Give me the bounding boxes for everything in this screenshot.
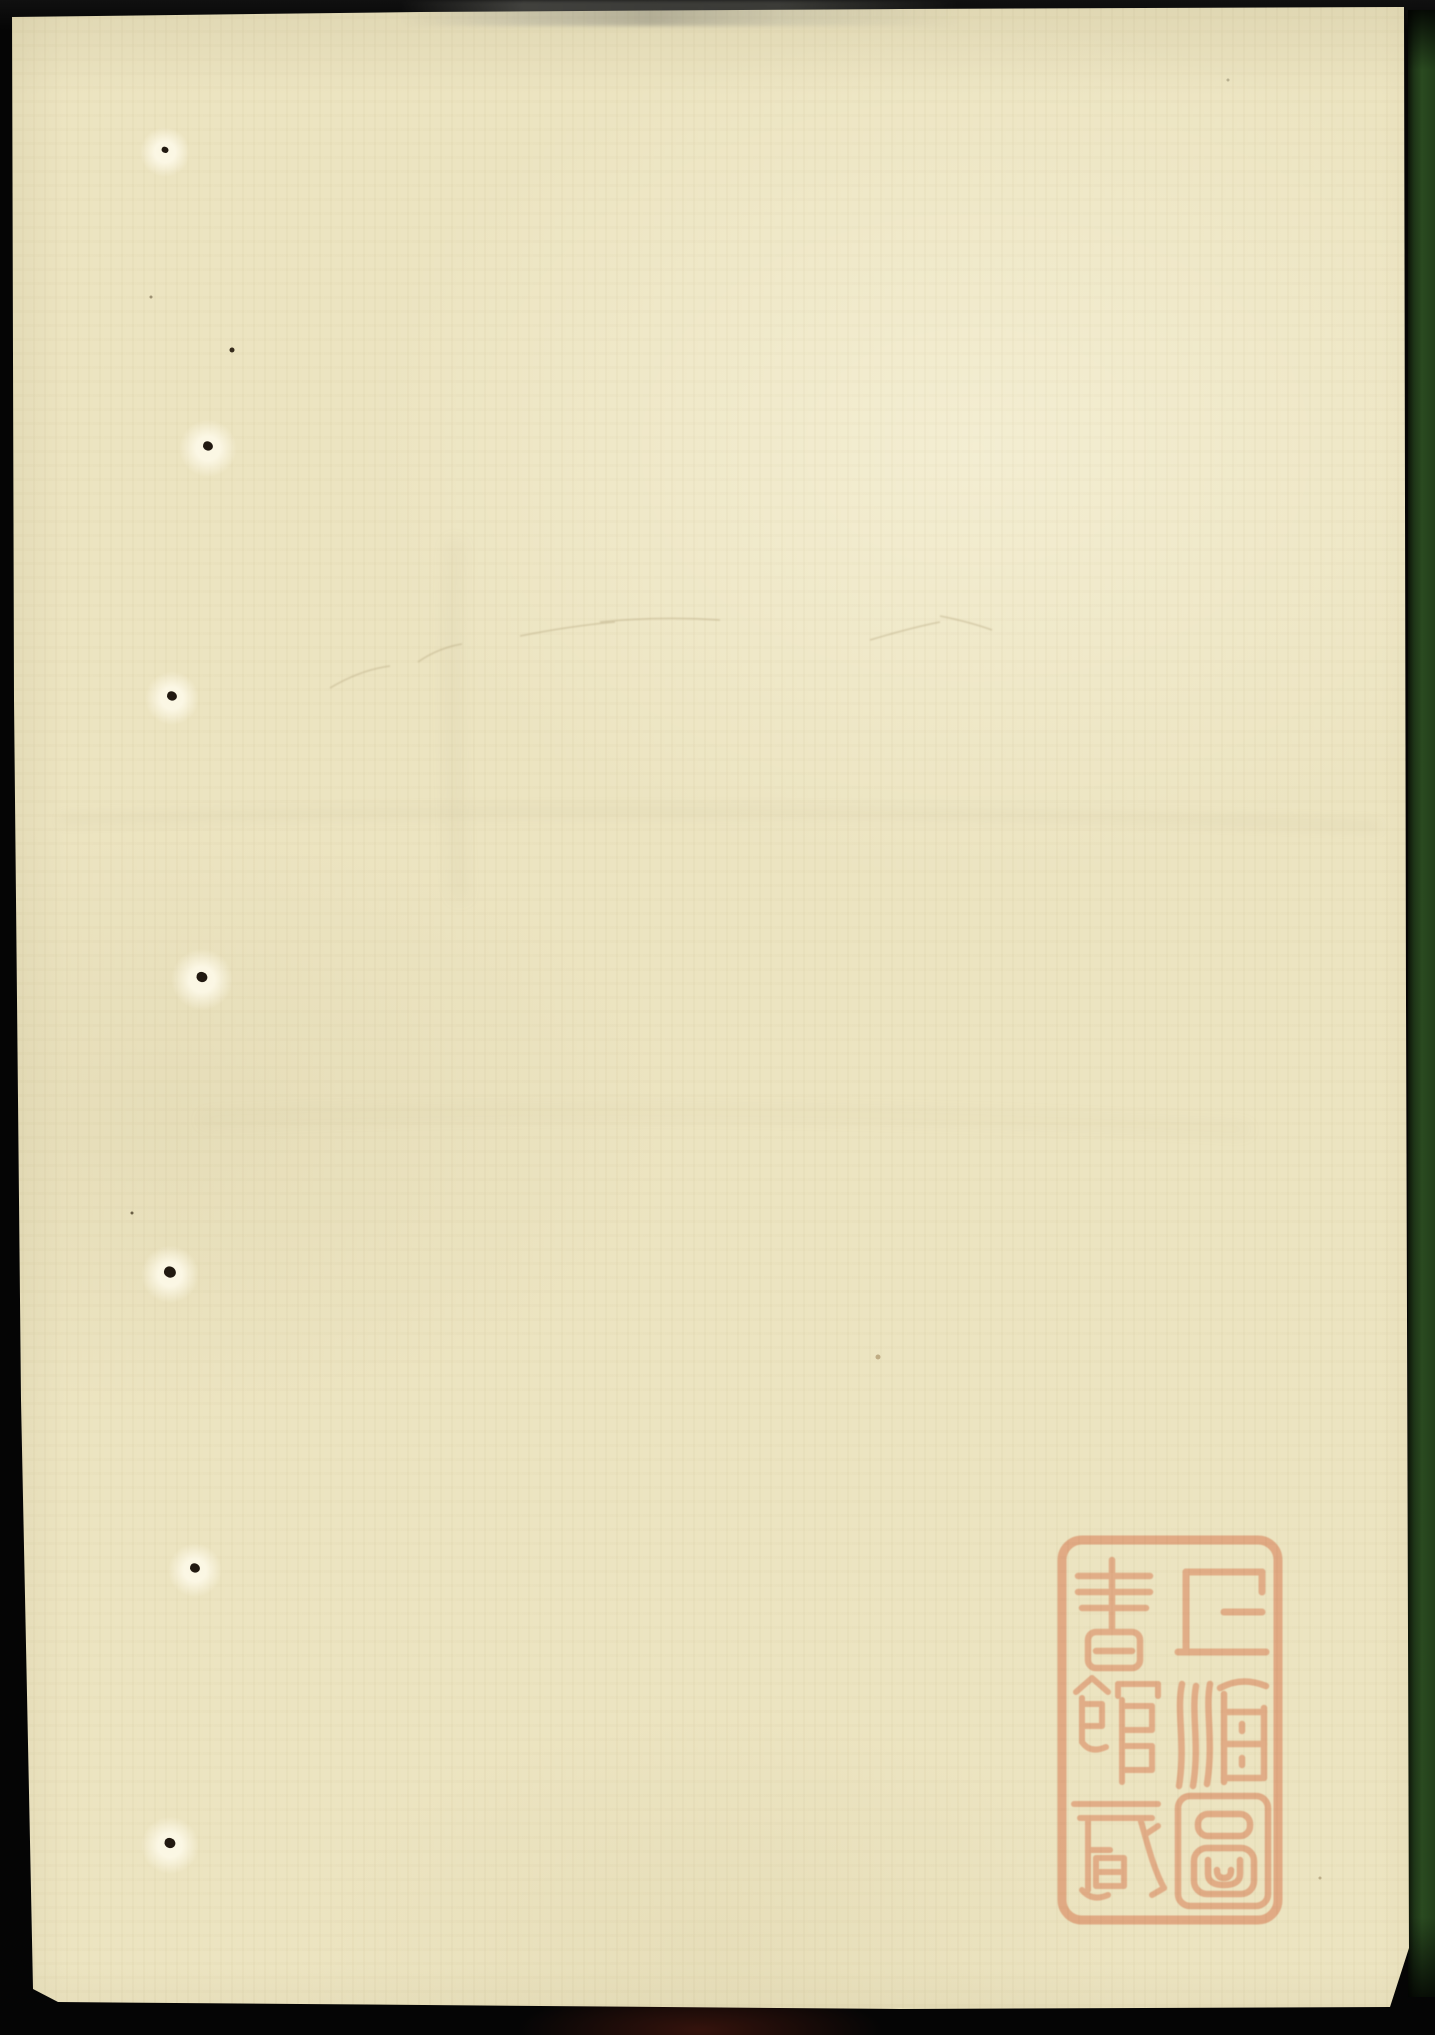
paper-speck	[1319, 1877, 1322, 1880]
library-seal-stamp	[1056, 1534, 1284, 1926]
paper-speck	[230, 348, 235, 353]
paper-speck	[1227, 79, 1230, 82]
paper-speck	[131, 1212, 134, 1215]
seal-char-hai	[1179, 1681, 1266, 1786]
seal-char-cang	[1074, 1804, 1164, 1898]
seal-char-shu	[1078, 1560, 1150, 1668]
seal-char-guan	[1076, 1678, 1158, 1782]
seal-char-tu	[1178, 1796, 1268, 1906]
scan-root	[0, 0, 1435, 2035]
paper-page	[0, 0, 1435, 2035]
scan-edge-smudge	[400, 0, 960, 26]
paper-speck	[150, 296, 153, 299]
seal-char-shang	[1178, 1572, 1266, 1652]
book-spine-edge	[1408, 10, 1435, 1997]
paper-speck	[876, 1355, 881, 1360]
